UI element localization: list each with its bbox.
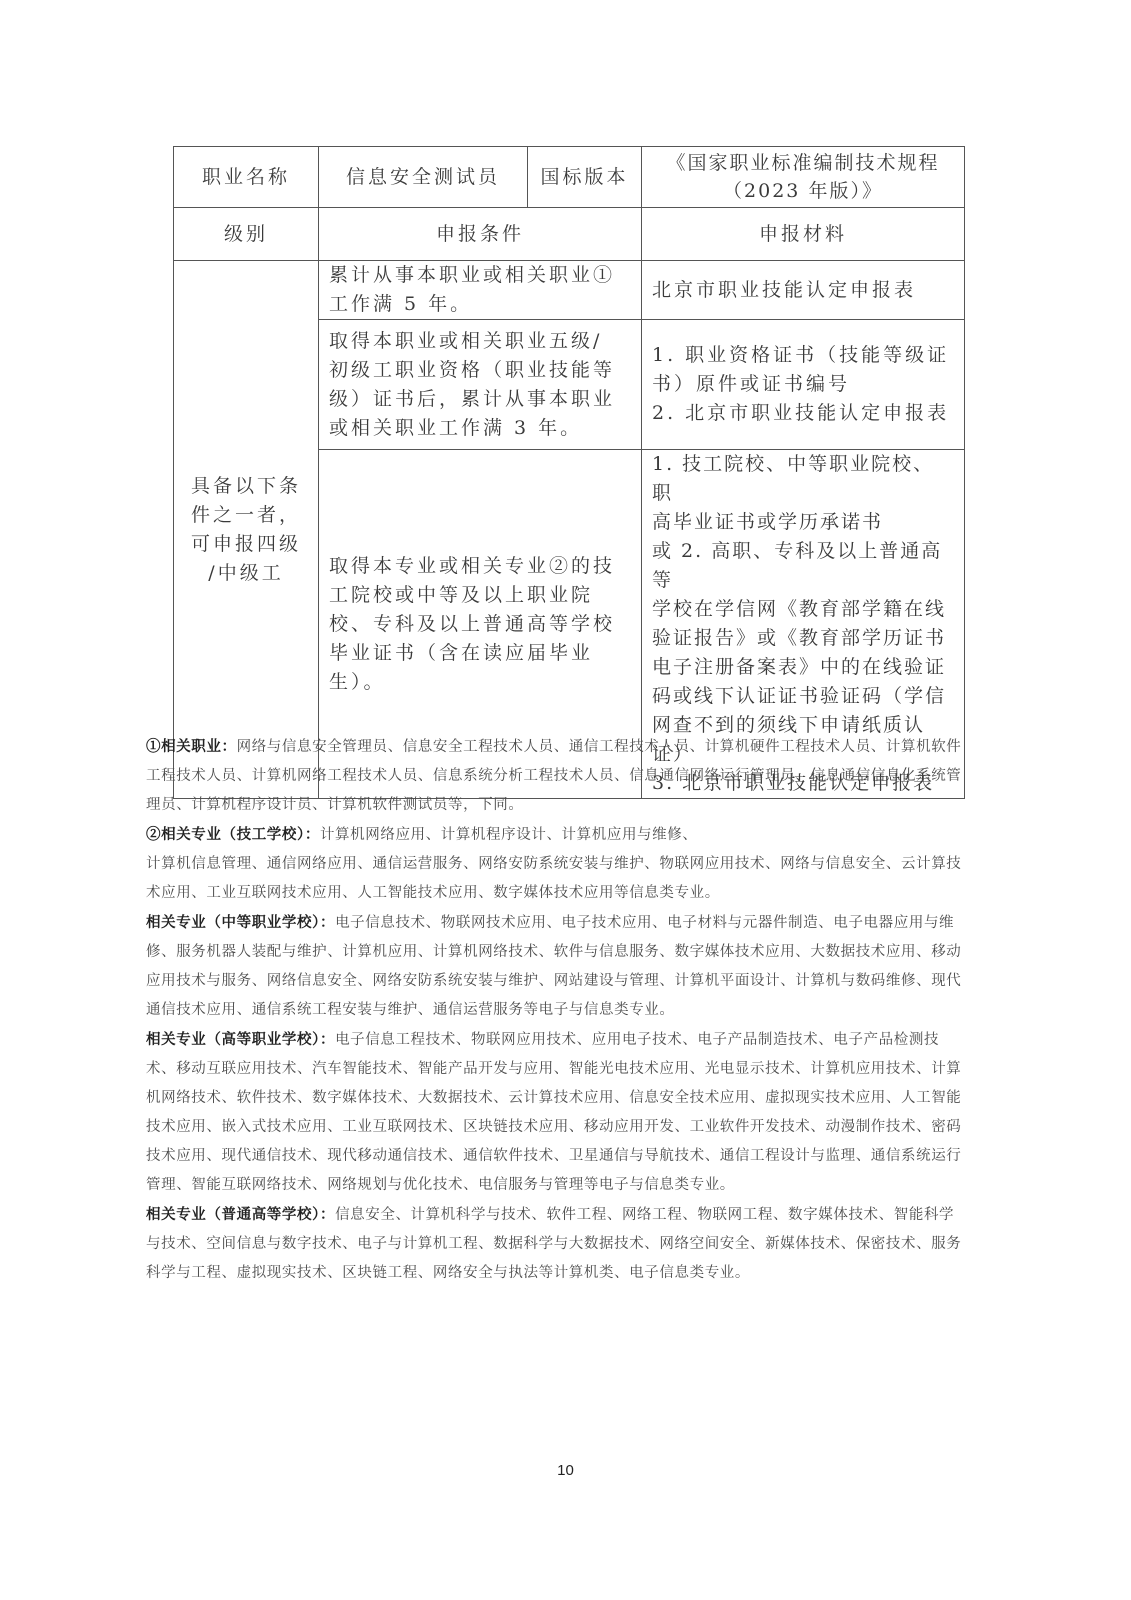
materials-line: 码或线下认证证书验证码（学信 [652,682,954,711]
materials-line: 北京市职业技能认定申报表 [652,276,954,305]
footnote-label: ①相关职业： [146,738,237,755]
occupation-name-label: 职业名称 [174,147,319,208]
level-line: /中级工 [180,559,312,588]
condition-cell: 取得本职业或相关职业五级/ 初级工职业资格（职业技能等 级）证书后，累计从事本职… [319,320,642,450]
standard-version-value: 《国家职业标准编制技术规程 （2023 年版）》 [642,147,965,208]
condition-line: 生）。 [329,668,631,697]
footnote-label: 相关专业（中等职业学校）： [146,914,335,931]
condition-line: 取得本专业或相关专业②的技 [329,552,631,581]
materials-line: 学校在学信网《教育部学籍在线 [652,595,954,624]
footnote-universities: 相关专业（普通高等学校）：信息安全、计算机科学与技术、软件工程、网络工程、物联网… [146,1200,966,1288]
standard-version-line2: （2023 年版）》 [652,177,954,205]
footnote-technical-schools-cont: 计算机信息管理、通信网络应用、通信运营服务、网络安防系统安装与维护、物联网应用技… [146,850,966,908]
footnote-label: 相关专业（普通高等学校）： [146,1206,335,1223]
level-cell: 具备以下条 件之一者， 可申报四级 /中级工 [174,261,319,799]
column-header-conditions: 申报条件 [319,208,642,261]
condition-line: 毕业证书（含在读应届毕业 [329,639,631,668]
level-line: 可申报四级 [180,530,312,559]
materials-line: 1. 职业资格证书（技能等级证 [652,341,954,370]
materials-line: 1. 技工院校、中等职业院校、职 [652,450,954,508]
standard-version-label: 国标版本 [528,147,642,208]
condition-line: 取得本职业或相关职业五级/ [329,327,631,356]
condition-line: 或相关职业工作满 3 年。 [329,414,631,443]
materials-line: 2. 北京市职业技能认定申报表 [652,399,954,428]
condition-line: 累计从事本职业或相关职业① [329,261,631,290]
footnote-label: ②相关专业（技工学校）： [146,826,320,843]
footnote-related-occupations: ①相关职业：网络与信息安全管理员、信息安全工程技术人员、通信工程技术人员、计算机… [146,732,966,820]
footnote-text: 电子信息工程技术、物联网应用技术、应用电子技术、电子产品制造技术、电子产品检测技… [146,1032,961,1193]
column-header-materials: 申报材料 [642,208,965,261]
condition-line: 校、专科及以上普通高等学校 [329,610,631,639]
document-page: 职业名称 信息安全测试员 国标版本 《国家职业标准编制技术规程 （2023 年版… [0,0,1131,1600]
column-header-level: 级别 [174,208,319,261]
level-line: 件之一者， [180,501,312,530]
page-number: 10 [0,1462,1131,1479]
footnote-label: 相关专业（高等职业学校）： [146,1031,335,1048]
table-row-column-headers: 级别 申报条件 申报材料 [174,208,965,261]
condition-line: 工作满 5 年。 [329,290,631,319]
condition-line: 初级工职业资格（职业技能等 [329,356,631,385]
table-row-header: 职业名称 信息安全测试员 国标版本 《国家职业标准编制技术规程 （2023 年版… [174,147,965,208]
footnotes: ①相关职业：网络与信息安全管理员、信息安全工程技术人员、通信工程技术人员、计算机… [146,732,966,1288]
table-row: 具备以下条 件之一者， 可申报四级 /中级工 累计从事本职业或相关职业① 工作满… [174,261,965,320]
occupation-name-value: 信息安全测试员 [319,147,528,208]
footnote-text: 计算机信息管理、通信网络应用、通信运营服务、网络安防系统安装与维护、物联网应用技… [146,856,961,901]
materials-cell: 北京市职业技能认定申报表 [642,261,965,320]
level-line: 具备以下条 [180,472,312,501]
materials-line: 高毕业证书或学历承诺书 [652,508,954,537]
materials-line: 书）原件或证书编号 [652,370,954,399]
materials-line: 验证报告》或《教育部学历证书 [652,624,954,653]
materials-line: 或 2. 高职、专科及以上普通高等 [652,537,954,595]
condition-cell: 累计从事本职业或相关职业① 工作满 5 年。 [319,261,642,320]
footnote-technical-schools: ②相关专业（技工学校）：计算机网络应用、计算机程序设计、计算机应用与维修、 [146,820,966,850]
footnote-secondary-vocational: 相关专业（中等职业学校）：电子信息技术、物联网技术应用、电子技术应用、电子材料与… [146,908,966,1025]
materials-cell: 1. 职业资格证书（技能等级证 书）原件或证书编号 2. 北京市职业技能认定申报… [642,320,965,450]
materials-line: 电子注册备案表》中的在线验证 [652,653,954,682]
footnote-text: 网络与信息安全管理员、信息安全工程技术人员、通信工程技术人员、计算机硬件工程技术… [146,739,961,813]
standard-version-line1: 《国家职业标准编制技术规程 [652,149,954,177]
footnote-text: 计算机网络应用、计算机程序设计、计算机应用与维修、 [320,827,698,843]
occupation-spec-table: 职业名称 信息安全测试员 国标版本 《国家职业标准编制技术规程 （2023 年版… [173,146,965,799]
footnote-higher-vocational: 相关专业（高等职业学校）：电子信息工程技术、物联网应用技术、应用电子技术、电子产… [146,1025,966,1200]
condition-line: 级）证书后，累计从事本职业 [329,385,631,414]
condition-line: 工院校或中等及以上职业院 [329,581,631,610]
